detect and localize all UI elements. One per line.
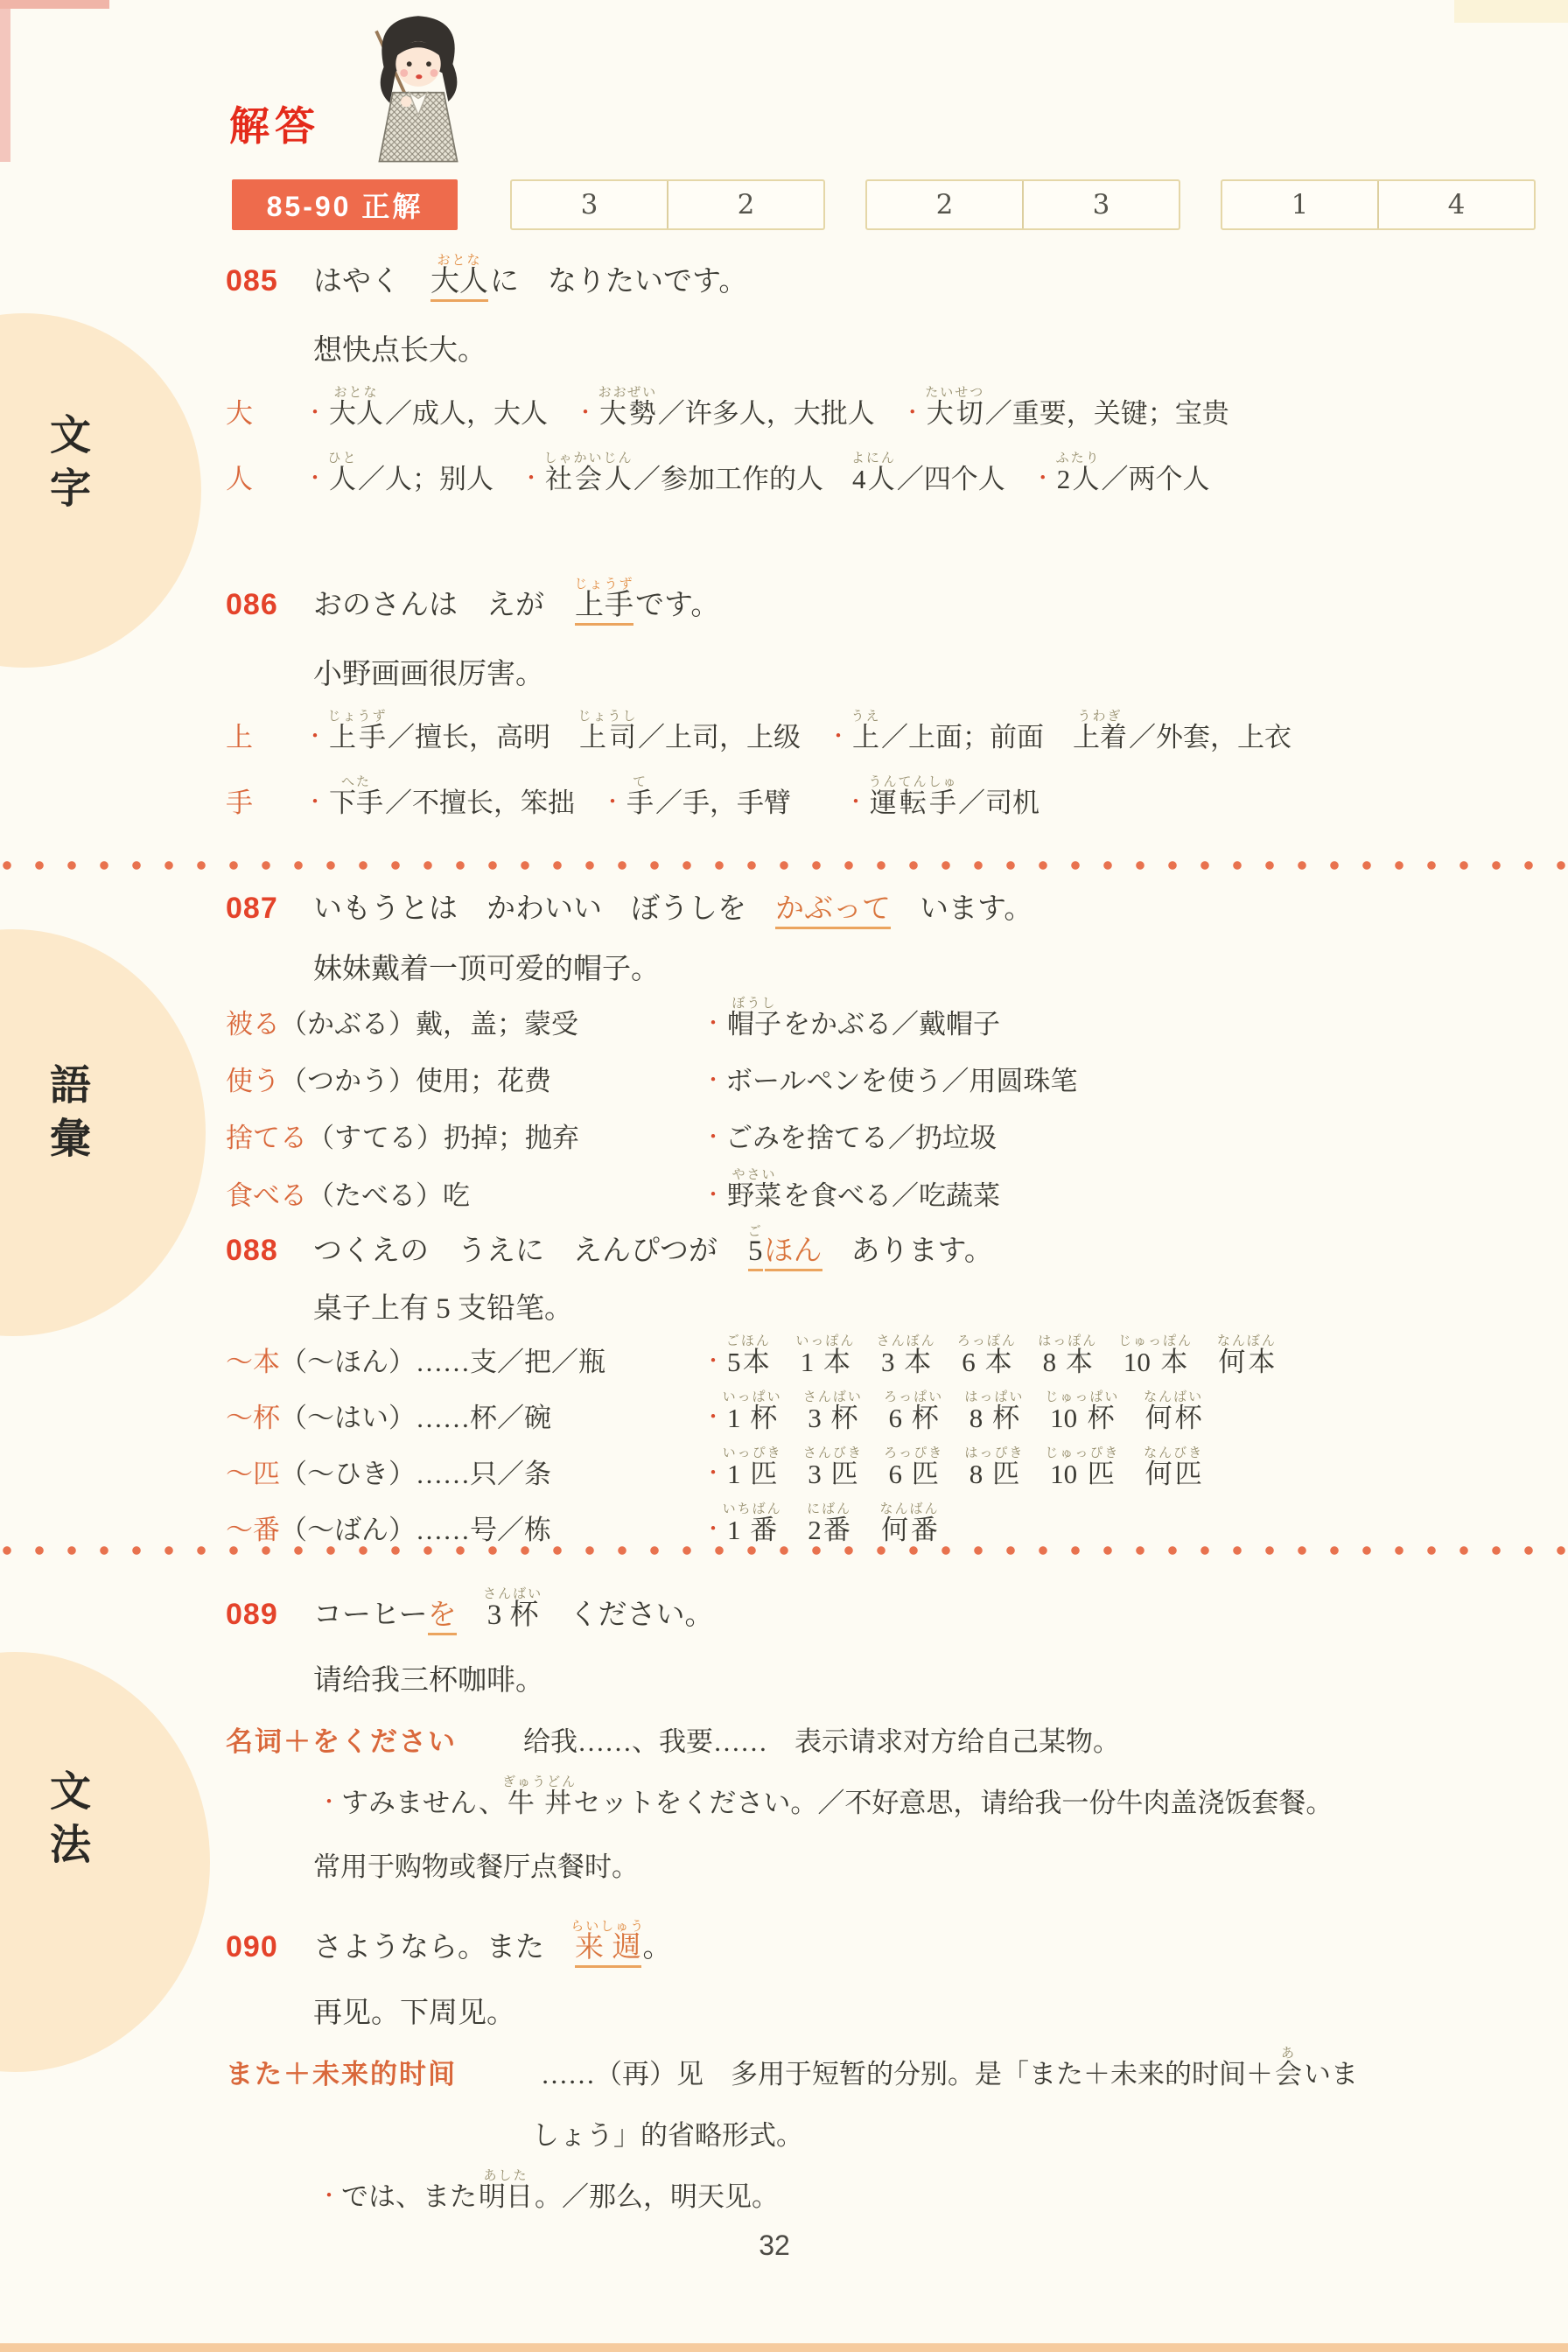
text-segment (1014, 1347, 1041, 1377)
text-segment: ・ (1032, 467, 1053, 490)
text-segment (779, 1515, 806, 1545)
text-segment: ／成人，大人 (385, 398, 575, 429)
ruby-token: 手て (626, 787, 654, 818)
section-088-line-4: ～杯（～はい）……杯／碗・1杯いっぱい 3杯さんばい 6杯ろっぱい 8杯はっぱい… (226, 1390, 1543, 1446)
section-088-line-5: ～匹（～ひき）……只／条・1匹いっぴき 3匹さんびき 6匹ろっぴき 8匹はっぴき… (226, 1446, 1543, 1502)
section-088-line-6: ～番（～ばん）……号／栋・1番いちばん 2番にばん 何番なんばん (226, 1502, 1543, 1558)
section-087: 087いもうとは かわいい ぼうしを かぶって います。妹妹戴着一顶可爱的帽子。… (226, 875, 1543, 1226)
text-segment: に なりたいです。 (490, 266, 747, 297)
text-segment: ・ (703, 1406, 724, 1429)
text-segment: （～ひき）……只／条 (280, 1459, 551, 1489)
text-segment: ／不擅长，笨拙 (385, 787, 602, 818)
section-087-line-1: 087いもうとは かわいい ぼうしを かぶって います。 (226, 875, 1543, 942)
decor-circle-middle (0, 929, 206, 1336)
line-head: 大 (226, 382, 304, 445)
ruby-token: 1杯いっぱい (727, 1403, 777, 1433)
text-segment: ごみを捨てる／扔垃圾 (725, 1123, 997, 1153)
text-segment: ・ (703, 1184, 724, 1207)
section-087-line-5: 捨てる（すてる）扔掉；抛弃・ごみを捨てる／扔垃圾 (226, 1111, 1543, 1168)
text-segment: （～ばん）……号／栋 (280, 1515, 551, 1545)
ruby-base: 1本 (795, 1347, 855, 1377)
text-segment: ・ (703, 1462, 724, 1485)
section-086-line-1: 086おのさんは えが 上手じょうずです。 (226, 567, 1543, 643)
line-left-column: 使う（つかう）使用；花费 (226, 1054, 703, 1109)
text-segment (860, 1459, 887, 1489)
ruby-base: 1番 (723, 1515, 782, 1545)
section-089-line-5: 常用于购物或餐厅点餐时。 (226, 1837, 1543, 1898)
line-head: 090 (226, 1912, 313, 1983)
ruby-token: 1本いっぽん (801, 1347, 850, 1377)
text-segment: （たべる）吃 (307, 1180, 470, 1211)
text-segment: をかぶる／戴帽子 (783, 1009, 1000, 1039)
ruby-base: 明日 (479, 2181, 533, 2212)
decor-circle-bottom (0, 1652, 210, 2072)
section-085-line-1: 085はやく 大人おとなに なりたいです。 (226, 243, 1543, 319)
section-088-line-3: ～本（～ほん）……支／把／瓶・5本ごほん 1本いっぽん 3本さんぼん 6本ろっぽ… (226, 1334, 1543, 1390)
ruby-base: 何本 (1217, 1347, 1277, 1377)
ruby-base: 3本 (877, 1347, 936, 1377)
line-body: 妹妹戴着一顶可爱的帽子。 (313, 954, 660, 985)
text-segment: ／外套，上衣 (1129, 722, 1291, 752)
text-segment: ・ (845, 791, 866, 814)
text-segment (860, 1403, 887, 1433)
line-body: しょう」的省略形式。 (532, 2120, 803, 2151)
section-089-line-2: 请给我三杯咖啡。 (226, 1650, 1543, 1711)
ruby-token: 明日あした (479, 2181, 533, 2212)
text-segment: （～はい）……杯／碗 (280, 1403, 551, 1433)
line-body: ・大人おとな／成人，大人 ・大勢おおぜい／许多人，大批人 ・大切たいせつ／重要，… (304, 398, 1229, 429)
line-body: 请给我三杯咖啡。 (313, 1665, 544, 1697)
ruby-token: 上うえ (852, 722, 879, 752)
text-segment: ／参加工作的人 (633, 464, 850, 494)
ruby-base: 4人 (851, 464, 896, 494)
section-089-line-4: ・すみません、牛丼ぎゅうどんセットをください。／不好意思，请给我一份牛肉盖浇饭套… (226, 1773, 1543, 1837)
section-089: 089コーヒーを 3杯さんばい ください。请给我三杯咖啡。名词＋をください给我…… (226, 1579, 1543, 1898)
text-segment: ／擅长，高明 (388, 722, 577, 752)
text-segment: ／上司，上级 (638, 722, 828, 752)
answer-sections: 085はやく 大人おとなに なりたいです。想快点长大。大・大人おとな／成人，大人… (226, 0, 1543, 2352)
text-segment: ください。 (540, 1599, 713, 1631)
ruby-token: 会あ (1275, 2059, 1302, 2089)
ruby-token: 10杯じゅっぱい (1050, 1403, 1115, 1433)
section-086-line-3: 上・上手じょうず／擅长，高明 上司じょうし／上司，上级 ・上うえ／上面；前面 上… (226, 706, 1543, 772)
text-segment (457, 1599, 486, 1631)
text-segment: ／人；别人 (358, 464, 521, 494)
text-segment: ／重要，关键；宝贵 (985, 398, 1229, 429)
ruby-token: 8杯はっぱい (969, 1403, 1019, 1433)
text-segment (1116, 1403, 1144, 1433)
section-089-line-3: 名词＋をください给我……、我要…… 表示请求对方给自己某物。 (226, 1711, 1543, 1773)
line-body: ・1杯いっぱい 3杯さんばい 6杯ろっぱい 8杯はっぱい 10杯じゅっぱい 何杯… (703, 1403, 1205, 1433)
line-head: 089 (226, 1579, 313, 1650)
line-left-column: ～番（～ばん）……号／栋 (226, 1505, 703, 1556)
decor-circle-top (0, 313, 201, 668)
ruby-base: 6本 (957, 1347, 1017, 1377)
line-head: 087 (226, 875, 313, 942)
ruby-base: 8杯 (964, 1403, 1024, 1433)
line-left-column: ～杯（～はい）……杯／碗 (226, 1393, 703, 1444)
text-segment: 使う (226, 1066, 280, 1096)
ruby-token: 5本ごほん (727, 1347, 770, 1377)
ruby-token: 牛丼ぎゅうどん (507, 1788, 572, 1818)
text-segment: います。 (891, 893, 1032, 925)
section-085-line-2: 想快点长大。 (226, 319, 1543, 382)
text-segment: 桌子上有 5 支铅笔。 (313, 1293, 573, 1325)
text-segment: かぶって (775, 893, 891, 929)
ruby-token: 上手じょうず (575, 590, 633, 626)
ruby-base: 上着 (1073, 722, 1127, 752)
section-088: 088つくえの うえに えんぴつが 5ごほん あります。桌子上有 5 支铅笔。～… (226, 1218, 1543, 1558)
line-body: ・人ひと／人；别人 ・社会人しゃかいじん／参加工作的人 4人よにん／四个人 ・2… (304, 464, 1210, 494)
line-left-column: ～匹（～ひき）……只／条 (226, 1449, 703, 1500)
text-segment: さようなら。また (313, 1932, 573, 1963)
textbook-answer-page: 文字語彙文法 解答 85-90 正解 322314 085はやく 大人おとなに … (0, 0, 1568, 2352)
text-segment: ・ (521, 467, 542, 490)
text-segment: すみません、 (341, 1788, 506, 1818)
text-segment: 。／那么，明天见。 (535, 2181, 779, 2212)
ruby-base: 上 (851, 722, 881, 752)
text-segment: いま (1304, 2059, 1358, 2089)
ruby-base: 10本 (1118, 1347, 1193, 1377)
ruby-token: 4人よにん (852, 464, 895, 494)
ruby-token: 1匹いっぴき (727, 1459, 777, 1489)
section-090-line-5: ・では、また明日あした。／那么，明天见。 (226, 2166, 1543, 2230)
text-segment: ……（再）见 多用于短暂的分别。是「また＋未来的时间＋ (541, 2059, 1273, 2089)
ruby-base: 下手 (329, 787, 383, 818)
section-090-line-2: 再见。下周见。 (226, 1983, 1543, 2044)
ruby-base: 上手 (575, 590, 634, 621)
ruby-base: 3匹 (803, 1459, 863, 1489)
ruby-base: 手 (626, 787, 654, 818)
text-segment: ～本 (226, 1347, 280, 1377)
ruby-base: 10杯 (1045, 1403, 1119, 1433)
ruby-token: 6杯ろっぱい (889, 1403, 939, 1433)
line-left-column: 捨てる（すてる）扔掉；抛弃 (226, 1111, 703, 1165)
line-body: 想快点长大。 (313, 335, 486, 367)
line-left-column: 被る（かぶる）戴，盖；蒙受 (226, 997, 703, 1052)
sidebar-tab-文法: 文法 (38, 1769, 97, 1876)
section-089-line-1: 089コーヒーを 3杯さんばい ください。 (226, 1579, 1543, 1650)
ruby-base: 帽子 (727, 1009, 781, 1039)
text-segment: ～匹 (226, 1459, 280, 1489)
line-body: ・1匹いっぴき 3匹さんびき 6匹ろっぴき 8匹はっぴき 10匹じゅっぴき 何匹… (703, 1459, 1205, 1489)
ruby-token: 1番いちばん (727, 1515, 777, 1545)
text-segment: ・ (304, 725, 325, 748)
text-segment: ・ (703, 1350, 724, 1373)
text-segment (779, 1403, 806, 1433)
text-segment: 请给我三杯咖啡。 (313, 1665, 544, 1697)
text-segment (779, 1459, 806, 1489)
text-segment: おのさんは えが (313, 590, 573, 621)
text-segment: ・ (575, 402, 596, 424)
ruby-base: 会 (1275, 2059, 1302, 2089)
text-segment: ／许多人，大批人 (658, 398, 902, 429)
line-body: ・上手じょうず／擅长，高明 上司じょうし／上司，上级 ・上うえ／上面；前面 上着… (304, 722, 1291, 752)
section-085: 085はやく 大人おとなに なりたいです。想快点长大。大・大人おとな／成人，大人… (226, 243, 1543, 514)
text-segment: （かぶる）戴，盖；蒙受 (280, 1009, 578, 1039)
line-body: ・帽子ぼうしをかぶる／戴帽子 (703, 1009, 1000, 1039)
text-segment (1189, 1347, 1216, 1377)
line-body: 再见。下周见。 (313, 1998, 515, 2029)
line-head: 上 (226, 706, 304, 769)
text-segment: 再见。下周见。 (313, 1998, 515, 2029)
text-segment: ～番 (226, 1515, 280, 1545)
ruby-token: 10本じゅっぽん (1123, 1347, 1188, 1377)
text-segment: 上 (226, 722, 253, 752)
ruby-token: 6本ろっぽん (962, 1347, 1011, 1377)
sidebar-tab-語彙: 語彙 (38, 1063, 97, 1170)
text-segment: しょう」的省略形式。 (532, 2120, 803, 2151)
ruby-token: 大人おとな (430, 266, 488, 302)
text-segment (852, 1515, 879, 1545)
ruby-base: 8本 (1038, 1347, 1097, 1377)
ruby-token: 帽子ぼうし (727, 1009, 781, 1039)
text-segment: （つかう）使用；花费 (280, 1066, 551, 1096)
ruby-token: 社会人しゃかいじん (545, 464, 632, 494)
ruby-token: 大人おとな (329, 398, 383, 429)
text-segment: （～ほん）……支／把／瓶 (280, 1347, 605, 1377)
ruby-base: 何杯 (1144, 1403, 1203, 1433)
line-body: ・ごみを捨てる／扔垃圾 (703, 1123, 997, 1153)
section-086: 086おのさんは えが 上手じょうずです。小野画画很厉害。上・上手じょうず／擅长… (226, 567, 1543, 837)
ruby-base: 8匹 (964, 1459, 1024, 1489)
text-segment: ・ (703, 1012, 724, 1035)
text-segment: ほん (765, 1235, 822, 1271)
section-090-line-3: また＋未来的时间……（再）见 多用于短暂的分别。是「また＋未来的时间＋会あいま (226, 2044, 1543, 2105)
ruby-token: 8匹はっぴき (969, 1459, 1019, 1489)
ruby-base: 大人 (430, 266, 488, 297)
text-segment: 手 (226, 787, 253, 818)
text-segment: を (428, 1599, 457, 1635)
section-087-line-4: 使う（つかう）使用；花费・ボールペンを使う／用圆珠笔 (226, 1054, 1543, 1111)
ruby-base: 牛丼 (502, 1788, 577, 1818)
line-head: 手 (226, 772, 304, 835)
text-segment: ・ (602, 791, 623, 814)
sidebar-tab-文字: 文字 (38, 413, 97, 520)
line-left-column: ～本（～ほん）……支／把／瓶 (226, 1337, 703, 1388)
section-086-line-4: 手・下手へた／不擅长，笨拙 ・手て／手，手臂 ・運転手うんてんしゅ／司机 (226, 772, 1543, 837)
text-segment: です。 (635, 590, 719, 621)
ruby-token: 運転手うんてんしゅ (870, 787, 956, 818)
text-segment: ・ (304, 402, 325, 424)
section-090-line-4: しょう」的省略形式。 (226, 2105, 1543, 2166)
text-segment: 。 (643, 1932, 672, 1963)
ruby-token: 大切たいせつ (927, 398, 983, 429)
ruby-base: 何番 (880, 1515, 940, 1545)
line-body: ・下手へた／不擅长，笨拙 ・手て／手，手臂 ・運転手うんてんしゅ／司机 (304, 787, 1039, 818)
text-segment: 087 (226, 892, 278, 925)
section-087-line-3: 被る（かぶる）戴，盖；蒙受・帽子ぼうしをかぶる／戴帽子 (226, 997, 1543, 1054)
line-body: ……（再）见 多用于短暂的分别。是「また＋未来的时间＋会あいま (541, 2059, 1358, 2089)
text-segment: （すてる）扔掉；抛弃 (307, 1123, 579, 1153)
ruby-base: 1匹 (723, 1459, 782, 1489)
text-segment: ／手，手臂 (655, 787, 845, 818)
ruby-base: 6匹 (884, 1459, 943, 1489)
ruby-token: 3匹さんびき (808, 1459, 857, 1489)
text-segment (933, 1347, 960, 1377)
text-segment: つくえの うえに えんぴつが (313, 1235, 746, 1267)
text-segment: ・ (703, 1069, 724, 1092)
ruby-token: 大勢おおぜい (599, 398, 656, 429)
text-segment (852, 1347, 879, 1377)
text-segment: 086 (226, 588, 278, 621)
text-segment: 妹妹戴着一顶可爱的帽子。 (313, 954, 660, 985)
line-body: はやく 大人おとなに なりたいです。 (313, 266, 747, 297)
page-number: 32 (0, 2229, 1549, 2262)
ruby-token: 野菜やさい (727, 1180, 781, 1211)
text-segment: 小野画画很厉害。 (313, 659, 544, 690)
text-segment: 捨てる (226, 1123, 307, 1153)
ruby-base: 大切 (925, 398, 984, 429)
text-segment: 食べる (226, 1180, 307, 1211)
ruby-token: 3本さんぼん (881, 1347, 931, 1377)
ruby-base: 来週 (570, 1932, 645, 1963)
ruby-token: 下手へた (329, 787, 383, 818)
ruby-base: 大人 (329, 398, 383, 429)
text-segment: ・ (318, 1791, 339, 1814)
ruby-base: 運転手 (869, 787, 958, 818)
text-segment: 089 (226, 1598, 278, 1631)
ruby-token: 上着うわぎ (1073, 722, 1127, 752)
text-segment: 人 (226, 464, 253, 494)
text-segment: 被る (226, 1009, 280, 1039)
page-edge-strip-left (0, 0, 10, 162)
ruby-token: 何番なんばん (881, 1515, 940, 1545)
ruby-base: 人 (328, 464, 358, 494)
line-body: ・1番いちばん 2番にばん 何番なんばん (703, 1515, 941, 1545)
text-segment: いもうとは かわいい ぼうしを (313, 893, 775, 925)
text-segment: ～杯 (226, 1403, 280, 1433)
ruby-token: 人ひと (329, 464, 356, 494)
section-088-line-1: 088つくえの うえに えんぴつが 5ごほん あります。 (226, 1218, 1543, 1284)
line-body: ・ボールペンを使う／用圆珠笔 (703, 1066, 1077, 1096)
ruby-token: 何本なんぼん (1218, 1347, 1277, 1377)
line-head: 人 (226, 448, 304, 511)
ruby-token: 何匹なんびき (1145, 1459, 1204, 1489)
ruby-base: 何匹 (1144, 1459, 1203, 1489)
text-segment: ・ (703, 1518, 724, 1541)
text-segment: ／两个人 (1102, 464, 1210, 494)
ruby-base: 大勢 (598, 398, 658, 429)
text-segment: 088 (226, 1234, 278, 1267)
section-085-line-4: 人・人ひと／人；别人 ・社会人しゃかいじん／参加工作的人 4人よにん／四个人 ・… (226, 448, 1543, 514)
ruby-token: 8本はっぽん (1043, 1347, 1093, 1377)
line-body: さようなら。また 来週らいしゅう。 (313, 1932, 672, 1963)
line-body: つくえの うえに えんぴつが 5ごほん あります。 (313, 1235, 993, 1267)
page-edge-strip-top (0, 0, 109, 9)
text-segment: 给我……、我要…… 表示请求对方给自己某物。 (523, 1726, 1120, 1757)
text-segment: 大 (226, 398, 253, 429)
ruby-base: 3杯 (803, 1403, 863, 1433)
line-left-column: 名词＋をください (226, 1711, 523, 1773)
text-segment: ／上面；前面 (881, 722, 1071, 752)
text-segment: 想快点长大。 (313, 335, 486, 367)
line-body: コーヒーを 3杯さんばい ください。 (313, 1599, 713, 1631)
line-body: おのさんは えが 上手じょうずです。 (313, 590, 719, 621)
text-segment: 名词＋をください (226, 1726, 457, 1757)
text-segment: を食べる／吃蔬菜 (783, 1180, 1000, 1211)
text-segment (1116, 1459, 1144, 1489)
ruby-base: 5本 (726, 1347, 771, 1377)
line-left-column: また＋未来的时间 (226, 2044, 541, 2105)
text-segment: ・ (304, 791, 325, 814)
line-body: ・では、また明日あした。／那么，明天见。 (318, 2181, 779, 2212)
ruby-token: 何杯なんばい (1145, 1403, 1204, 1433)
ruby-base: 2番 (807, 1515, 851, 1545)
section-085-line-3: 大・大人おとな／成人，大人 ・大勢おおぜい／许多人，大批人 ・大切たいせつ／重要… (226, 382, 1543, 448)
text-segment: 090 (226, 1930, 278, 1963)
ruby-token: 3杯さんばい (808, 1403, 857, 1433)
ruby-base: 野菜 (727, 1180, 781, 1211)
ruby-base: 5 (748, 1235, 763, 1267)
ruby-token: 上手じょうず (329, 722, 386, 752)
line-body: 小野画画很厉害。 (313, 659, 544, 690)
ruby-token: 上司じょうし (579, 722, 636, 752)
line-body: ・5本ごほん 1本いっぽん 3本さんぼん 6本ろっぽん 8本はっぽん 10本じゅ… (703, 1347, 1278, 1377)
text-segment: はやく (313, 266, 429, 297)
line-body: 常用于购物或餐厅点餐时。 (313, 1851, 639, 1882)
section-087-line-2: 妹妹戴着一顶可爱的帽子。 (226, 942, 1543, 997)
text-segment: コーヒー (313, 1599, 428, 1631)
ruby-token: 2人ふたり (1057, 464, 1100, 494)
line-body: いもうとは かわいい ぼうしを かぶって います。 (313, 893, 1032, 929)
text-segment: では、また (341, 2181, 477, 2212)
ruby-base: 6杯 (884, 1403, 943, 1433)
section-086-line-2: 小野画画很厉害。 (226, 643, 1543, 706)
ruby-base: 3杯 (483, 1599, 542, 1631)
line-head: 085 (226, 243, 313, 319)
text-segment: 085 (226, 264, 278, 297)
ruby-base: 1杯 (723, 1403, 782, 1433)
ruby-base: 上手 (328, 722, 388, 752)
text-segment: ・ (902, 402, 923, 424)
text-segment: ／司机 (958, 787, 1039, 818)
line-body: ・すみません、牛丼ぎゅうどんセットをください。／不好意思，请给我一份牛肉盖浇饭套… (318, 1788, 1333, 1818)
ruby-base: 社会人 (544, 464, 633, 494)
ruby-token: 来週らいしゅう (575, 1932, 641, 1968)
line-body: 给我……、我要…… 表示请求对方给自己某物。 (523, 1726, 1120, 1757)
ruby-token: 5ご (748, 1235, 763, 1271)
text-segment: ／四个人 (897, 464, 1032, 494)
text-segment: ・ (318, 2185, 339, 2208)
line-head: 088 (226, 1218, 313, 1284)
line-head: 086 (226, 567, 313, 643)
section-090-line-1: 090さようなら。また 来週らいしゅう。 (226, 1912, 1543, 1983)
text-segment: 常用于购物或餐厅点餐时。 (313, 1851, 639, 1882)
text-segment: ボールペンを使う／用圆珠笔 (725, 1066, 1077, 1096)
text-segment: ・ (304, 467, 325, 490)
section-090: 090さようなら。また 来週らいしゅう。再见。下周见。また＋未来的时间……（再）… (226, 1912, 1543, 2230)
text-segment: また＋未来的时间 (226, 2059, 457, 2089)
text-segment: ・ (828, 725, 849, 748)
ruby-token: 10匹じゅっぴき (1050, 1459, 1115, 1489)
ruby-token: 2番にばん (808, 1515, 850, 1545)
line-body: 桌子上有 5 支铅笔。 (313, 1293, 573, 1325)
ruby-base: 10匹 (1045, 1459, 1119, 1489)
text-segment: ・ (703, 1126, 724, 1149)
ruby-base: 2人 (1056, 464, 1101, 494)
text-segment: セットをください。／不好意思，请给我一份牛肉盖浇饭套餐。 (573, 1788, 1333, 1818)
ruby-token: 6匹ろっぴき (889, 1459, 939, 1489)
section-088-line-2: 桌子上有 5 支铅笔。 (226, 1284, 1543, 1334)
text-segment: あります。 (822, 1235, 993, 1267)
line-left-column: 食べる（たべる）吃 (226, 1169, 703, 1223)
ruby-token: 3杯さんばい (487, 1599, 539, 1631)
line-body: ・野菜やさいを食べる／吃蔬菜 (703, 1180, 1000, 1211)
ruby-base: 上司 (578, 722, 638, 752)
